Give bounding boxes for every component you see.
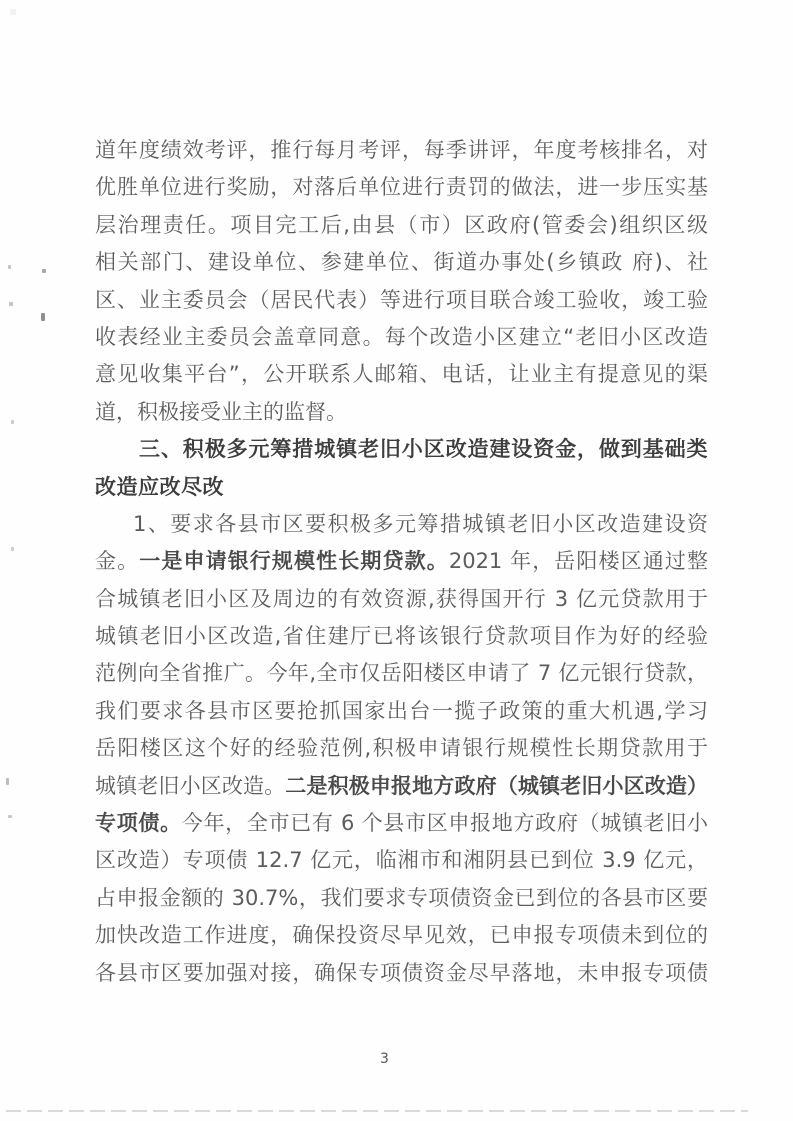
text-line: 加快改造工作进度，确保投资尽早见效，已申报专项债未到位的 [95, 917, 708, 954]
text-segment: 各县市区要加强对接，确保专项债资金尽早落地，未申报专项债 [95, 961, 708, 985]
text-line: 相关部门、建设单位、参建单位、街道办事处(乡镇政 府)、社 [95, 244, 708, 281]
section-heading-line: 三、积极多元筹措城镇老旧小区改造建设资金，做到基础类 [95, 431, 708, 468]
text-segment: 三、积极多元筹措城镇老旧小区改造建设资金，做到基础类 [139, 437, 708, 461]
text-segment: 范例向全省推广。今年,全市仅岳阳楼区申请了 7 亿元银行贷款， [95, 661, 708, 685]
text-line: 占申报金额的 30.7%，我们要求专项债资金已到位的各县市区要 [95, 880, 708, 917]
text-line: 范例向全省推广。今年,全市仅岳阳楼区申请了 7 亿元银行贷款， [95, 655, 708, 692]
text-segment: 道年度绩效考评，推行每月考评，每季讲评，年度考核排名，对 [95, 138, 708, 162]
text-line: 金。一是申请银行规模性长期贷款。2021 年，岳阳楼区通过整 [95, 543, 708, 580]
text-line: 道，积极接受业主的监督。 [95, 394, 708, 431]
text-segment: 占申报金额的 30.7%，我们要求专项债资金已到位的各县市区要 [95, 886, 708, 910]
text-segment: 一是申请银行规模性长期贷款。 [139, 549, 449, 573]
text-segment: 改造应改尽改 [95, 475, 224, 499]
text-segment: 专项债。 [95, 811, 182, 835]
text-line: 区、业主委员会（居民代表）等进行项目联合竣工验收，竣工验 [95, 282, 708, 319]
document-body: 道年度绩效考评，推行每月考评，每季讲评，年度考核排名，对优胜单位进行奖励，对落后… [95, 132, 708, 992]
document-page: 道年度绩效考评，推行每月考评，每季讲评，年度考核排名，对优胜单位进行奖励，对落后… [0, 0, 793, 1121]
text-segment: 区、业主委员会（居民代表）等进行项目联合竣工验收，竣工验 [95, 288, 708, 312]
section-heading-line: 改造应改尽改 [95, 469, 708, 506]
text-line: 岳阳楼区这个好的经验范例,积极申请银行规模性长期贷款用于 [95, 730, 708, 767]
scan-speck [41, 313, 45, 321]
scan-speck [11, 420, 14, 424]
text-line: 层治理责任。项目完工后,由县（市）区政府(管委会)组织区级 [95, 207, 708, 244]
text-line: 我们要求各县市区要抢抓国家出台一揽子政策的重大机遇,学习 [95, 693, 708, 730]
scan-speck [42, 269, 46, 273]
text-line: 各县市区要加强对接，确保专项债资金尽早落地，未申报专项债 [95, 955, 708, 992]
text-segment: 今年，全市已有 6 个县市区申报地方政府（城镇老旧小 [182, 811, 708, 835]
text-line: 城镇老旧小区改造,省住建厅已将该银行贷款项目作为好的经验 [95, 618, 708, 655]
text-line: 意见收集平台”，公开联系人邮箱、电话，让业主有提意见的渠 [95, 356, 708, 393]
scan-speck [11, 547, 14, 551]
scan-speck [8, 815, 12, 818]
text-segment: 相关部门、建设单位、参建单位、街道办事处(乡镇政 府)、社 [95, 250, 708, 274]
text-line: 优胜单位进行奖励，对落后单位进行责罚的做法，进一步压实基 [95, 169, 708, 206]
text-segment: 层治理责任。项目完工后,由县（市）区政府(管委会)组织区级 [95, 213, 708, 237]
text-segment: 收表经业主委员会盖章同意。每个改造小区建立“老旧小区改造 [95, 325, 708, 349]
text-segment: 区改造）专项债 12.7 亿元，临湘市和湘阴县已到位 3.9 亿元， [95, 848, 708, 872]
text-segment: 我们要求各县市区要抢抓国家出台一揽子政策的重大机遇,学习 [95, 699, 708, 723]
text-segment: 金。 [95, 549, 139, 573]
scan-artifact-bottom-line [6, 1110, 748, 1112]
text-line: 道年度绩效考评，推行每月考评，每季讲评，年度考核排名，对 [95, 132, 708, 169]
text-segment: 1、要求各县市区要积极多元筹措城镇老旧小区改造建设资 [133, 512, 708, 536]
text-line: 专项债。今年，全市已有 6 个县市区申报地方政府（城镇老旧小 [95, 805, 708, 842]
text-segment: 城镇老旧小区改造,省住建厅已将该银行贷款项目作为好的经验 [95, 624, 708, 648]
scan-speck [8, 265, 11, 269]
page-number: 3 [0, 1051, 781, 1067]
text-segment: 道，积极接受业主的监督。 [95, 400, 347, 424]
text-line: 城镇老旧小区改造。二是积极申报地方政府（城镇老旧小区改造） [95, 768, 708, 805]
text-segment: 加快改造工作进度，确保投资尽早见效，已申报专项债未到位的 [95, 923, 708, 947]
text-line: 1、要求各县市区要积极多元筹措城镇老旧小区改造建设资 [95, 506, 708, 543]
text-line: 收表经业主委员会盖章同意。每个改造小区建立“老旧小区改造 [95, 319, 708, 356]
text-segment: 城镇老旧小区改造。 [95, 774, 285, 798]
text-line: 区改造）专项债 12.7 亿元，临湘市和湘阴县已到位 3.9 亿元， [95, 842, 708, 879]
text-segment: 岳阳楼区这个好的经验范例,积极申请银行规模性长期贷款用于 [95, 736, 708, 760]
text-segment: 二是积极申报地方政府（城镇老旧小区改造） [285, 774, 708, 798]
text-line: 合城镇老旧小区及周边的有效资源,获得国开行 3 亿元贷款用于 [95, 581, 708, 618]
scan-speck [9, 302, 13, 306]
text-segment: 2021 年，岳阳楼区通过整 [449, 549, 708, 573]
text-segment: 意见收集平台”，公开联系人邮箱、电话，让业主有提意见的渠 [95, 362, 708, 386]
text-segment: 优胜单位进行奖励，对落后单位进行责罚的做法，进一步压实基 [95, 175, 708, 199]
scan-speck [10, 9, 16, 15]
scan-speck [6, 778, 9, 785]
text-segment: 合城镇老旧小区及周边的有效资源,获得国开行 3 亿元贷款用于 [95, 587, 708, 611]
